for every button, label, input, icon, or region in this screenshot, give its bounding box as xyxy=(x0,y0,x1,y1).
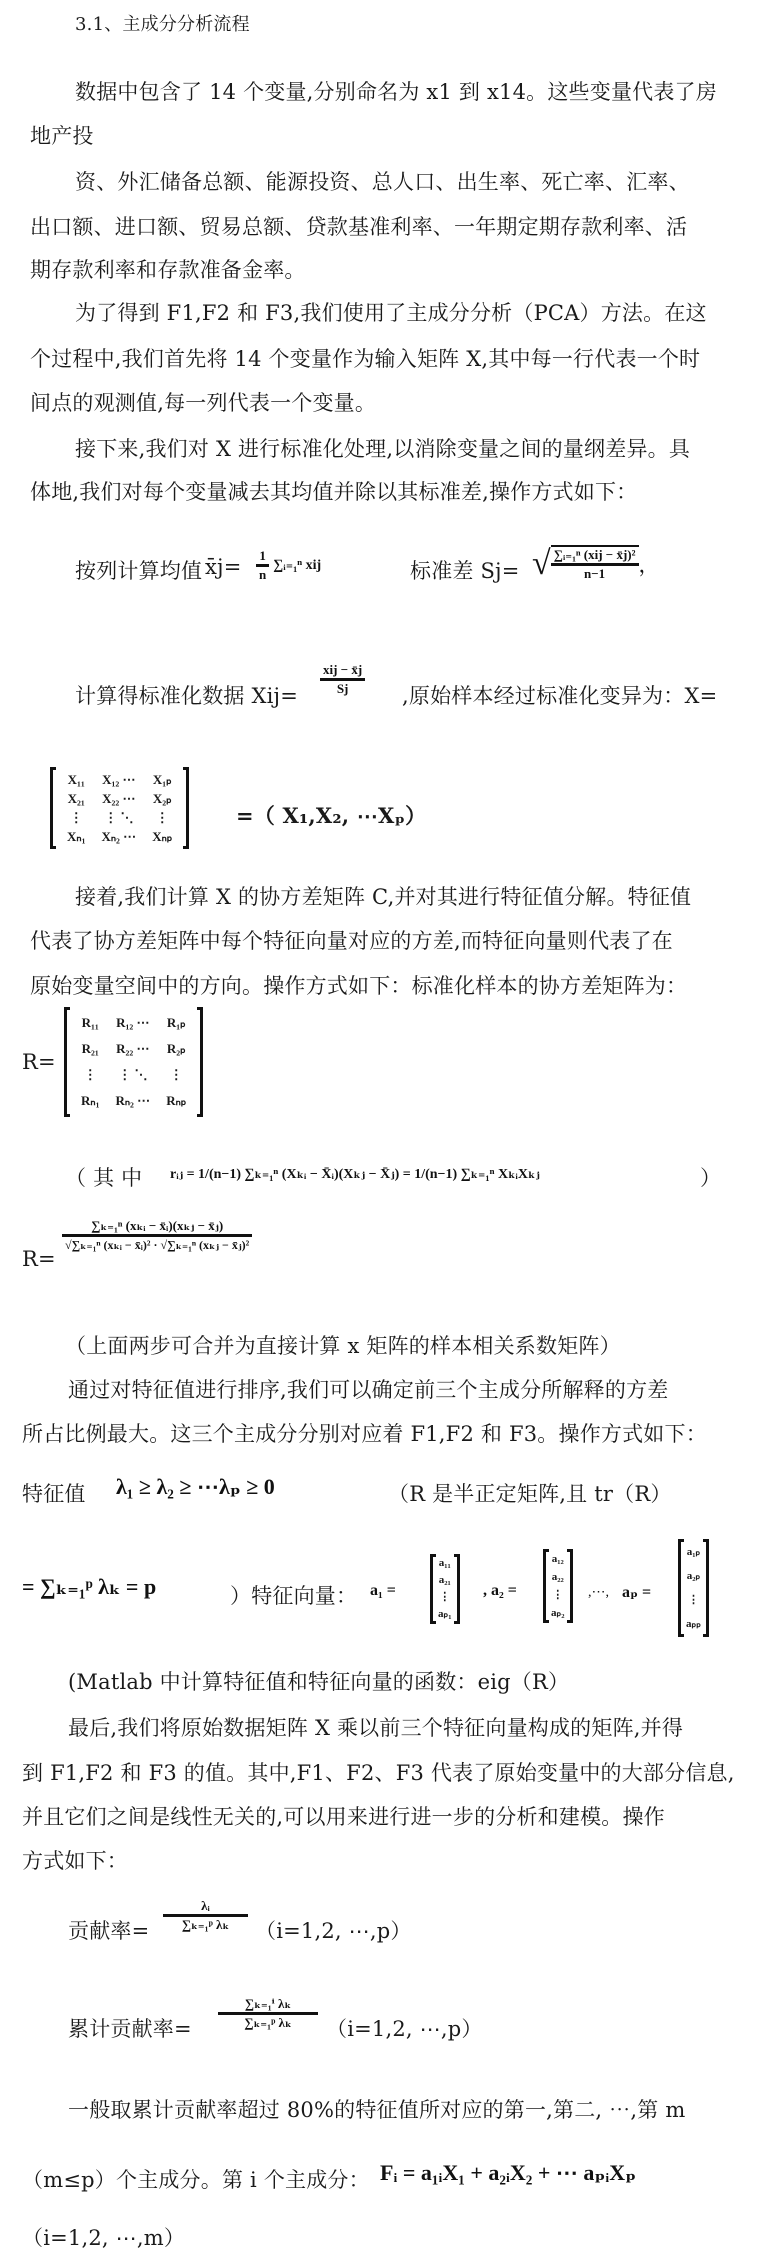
pc-formula: Fᵢ = a₁ᵢX₁ + a₂ᵢX₂ + ⋯ aₚᵢXₚ xyxy=(380,2160,636,2186)
paragraph-text: 接着,我们计算 X 的协方差矩阵 C,并对其进行特征值分解。特征值 xyxy=(75,881,691,911)
vec-sep: ,⋯, xyxy=(588,1584,609,1601)
where-close: ） xyxy=(700,1162,721,1192)
paragraph-text: 地产投 xyxy=(30,120,94,150)
mean-formula: 1n ∑ᵢ₌₁ⁿ xij xyxy=(256,548,321,583)
paragraph-text: 到 F1,F2 和 F3 的值。其中,F1、F2、F3 代表了原始变量中的大部分… xyxy=(22,1757,735,1787)
paragraph-text: 代表了协方差矩阵中每个特征向量对应的方差,而特征向量则代表了在 xyxy=(30,925,673,955)
r2-formula: ∑ₖ₌₁ⁿ (xₖᵢ − x̄ᵢ)(xₖⱼ − x̄ⱼ)√∑ₖ₌₁ⁿ (xₖᵢ … xyxy=(62,1218,252,1253)
eig-label: 特征值 xyxy=(22,1478,86,1508)
paragraph-text: 最后,我们将原始数据矩阵 X 乘以前三个特征向量构成的矩阵,并得 xyxy=(68,1712,683,1742)
sqrt-symbol: √ xyxy=(532,547,551,581)
paragraph-text: 一般取累计贡献率超过 80%的特征值所对应的第一,第二, ⋯,第 m xyxy=(68,2094,685,2124)
cum-label: 累计贡献率= xyxy=(68,2013,192,2043)
x-matrix-eq: =（ X₁,X₂, ⋯Xₚ） xyxy=(236,800,426,830)
mean-lhs: x̄j= xyxy=(205,555,242,579)
paragraph-text: 通过对特征值进行排序,我们可以确定前三个主成分所解释的方差 xyxy=(68,1374,668,1404)
vec-a1-label: a₁ = xyxy=(370,1582,396,1600)
paragraph-text: 体地,我们对每个变量减去其均值并除以其标准差,操作方式如下： xyxy=(30,476,637,506)
paragraph-text: 个过程中,我们首先将 14 个变量作为输入矩阵 X,其中每一行代表一个时 xyxy=(30,343,700,373)
std-data-formula: xij − x̄jSj xyxy=(320,662,365,697)
cum-formula: ∑ₖ₌₁ⁱ λₖ∑ₖ₌₁ᵖ λₖ xyxy=(218,1996,318,2031)
trace-formula: = ∑ₖ₌₁ᵖ λₖ = p xyxy=(22,1574,156,1600)
vec-a1: a₁₁a₂₁⋮aₚ₁ xyxy=(430,1555,460,1623)
paragraph-text: 所占比例最大。这三个主成分分别对应着 F1,F2 和 F3。操作方式如下： xyxy=(22,1418,707,1448)
matlab-note: (Matlab 中计算特征值和特征向量的函数：eig（R） xyxy=(68,1666,569,1696)
r-label: R= xyxy=(22,1050,56,1074)
mean-label: 按列计算均值 xyxy=(75,555,202,585)
paragraph-text: 原始变量空间中的方向。操作方式如下：标准化样本的协方差矩阵为： xyxy=(30,970,687,1000)
rij-formula: rᵢⱼ = 1/(n−1) ∑ₖ₌₁ⁿ (Xₖᵢ − X̄ᵢ)(Xₖⱼ − X̄… xyxy=(170,1166,540,1183)
r-matrix: R₁₁R₁₂ ⋯R₁ₚ R₂₁R₂₂ ⋯R₂ₚ ⋮⋮ ⋱⋮ Rₙ₁Rₙ₂ ⋯Rₙ… xyxy=(64,1008,203,1116)
paragraph-text: 方式如下： xyxy=(22,1845,128,1875)
where-open: （ 其 中 xyxy=(65,1162,142,1192)
paragraph-text: （i=1,2, ⋯,m） xyxy=(22,2222,185,2252)
cum-range: （i=1,2, ⋯,p） xyxy=(326,2013,483,2043)
note-merge: （上面两步可合并为直接计算 x 矩阵的样本相关系数矩阵） xyxy=(65,1330,621,1360)
paragraph-text: 资、外汇储备总额、能源投资、总人口、出生率、死亡率、汇率、 xyxy=(75,166,690,196)
paragraph-text: 并且它们之间是线性无关的,可以用来进行进一步的分析和建模。操作 xyxy=(22,1801,665,1831)
eig-tail: （R 是半正定矩阵,且 tr（R） xyxy=(388,1478,672,1508)
vec-a2-label: , a₂ = xyxy=(483,1582,517,1600)
paragraph-text: 间点的观测值,每一列代表一个变量。 xyxy=(30,387,376,417)
std-data-label: 计算得标准化数据 Xij= xyxy=(75,680,298,710)
section-heading: 3.1、主成分分析流程 xyxy=(75,10,250,36)
std-label: 标准差 Sj= xyxy=(410,555,520,585)
std-data-tail: ,原始样本经过标准化变异为：X= xyxy=(402,680,717,710)
paragraph-text: （m≤p）个主成分。第 i 个主成分： xyxy=(22,2164,370,2194)
contrib-range: （i=1,2, ⋯,p） xyxy=(255,1915,412,1945)
vec-ap-label: aₚ = xyxy=(622,1582,651,1602)
eig-formula: λ₁ ≥ λ₂ ≥ ⋯λₚ ≥ 0 xyxy=(116,1474,275,1500)
trace-close: ）特征向量： xyxy=(230,1580,357,1610)
contrib-formula: λᵢ∑ₖ₌₁ᵖ λₖ xyxy=(163,1898,248,1933)
paragraph-text: 为了得到 F1,F2 和 F3,我们使用了主成分分析（PCA）方法。在这 xyxy=(75,297,707,327)
vec-a2: a₁₂a₂₂⋮aₚ₂ xyxy=(543,1550,573,1622)
paragraph-text: 期存款利率和存款准备金率。 xyxy=(30,254,306,284)
paragraph-text: 出口额、进口额、贸易总额、贷款基准利率、一年期定期存款利率、活 xyxy=(30,211,687,241)
std-formula: √ ∑ᵢ₌₁ⁿ (xij − x̄j)²n−1 ， xyxy=(532,545,660,582)
contrib-label: 贡献率= xyxy=(68,1915,149,1945)
paragraph-text: 接下来,我们对 X 进行标准化处理,以消除变量之间的量纲差异。具 xyxy=(75,433,690,463)
r2-label: R= xyxy=(22,1247,56,1271)
paragraph-text: 数据中包含了 14 个变量,分别命名为 x1 到 x14。这些变量代表了房 xyxy=(75,76,717,106)
x-matrix: X₁₁X₁₂ ⋯X₁ₚ X₂₁X₂₂ ⋯X₂ₚ ⋮⋮ ⋱⋮ Xₙ₁Xₙ₂ ⋯Xₙ… xyxy=(50,768,189,848)
vec-ap: a₁ₚa₂ₚ⋮aₚₚ xyxy=(678,1540,709,1636)
